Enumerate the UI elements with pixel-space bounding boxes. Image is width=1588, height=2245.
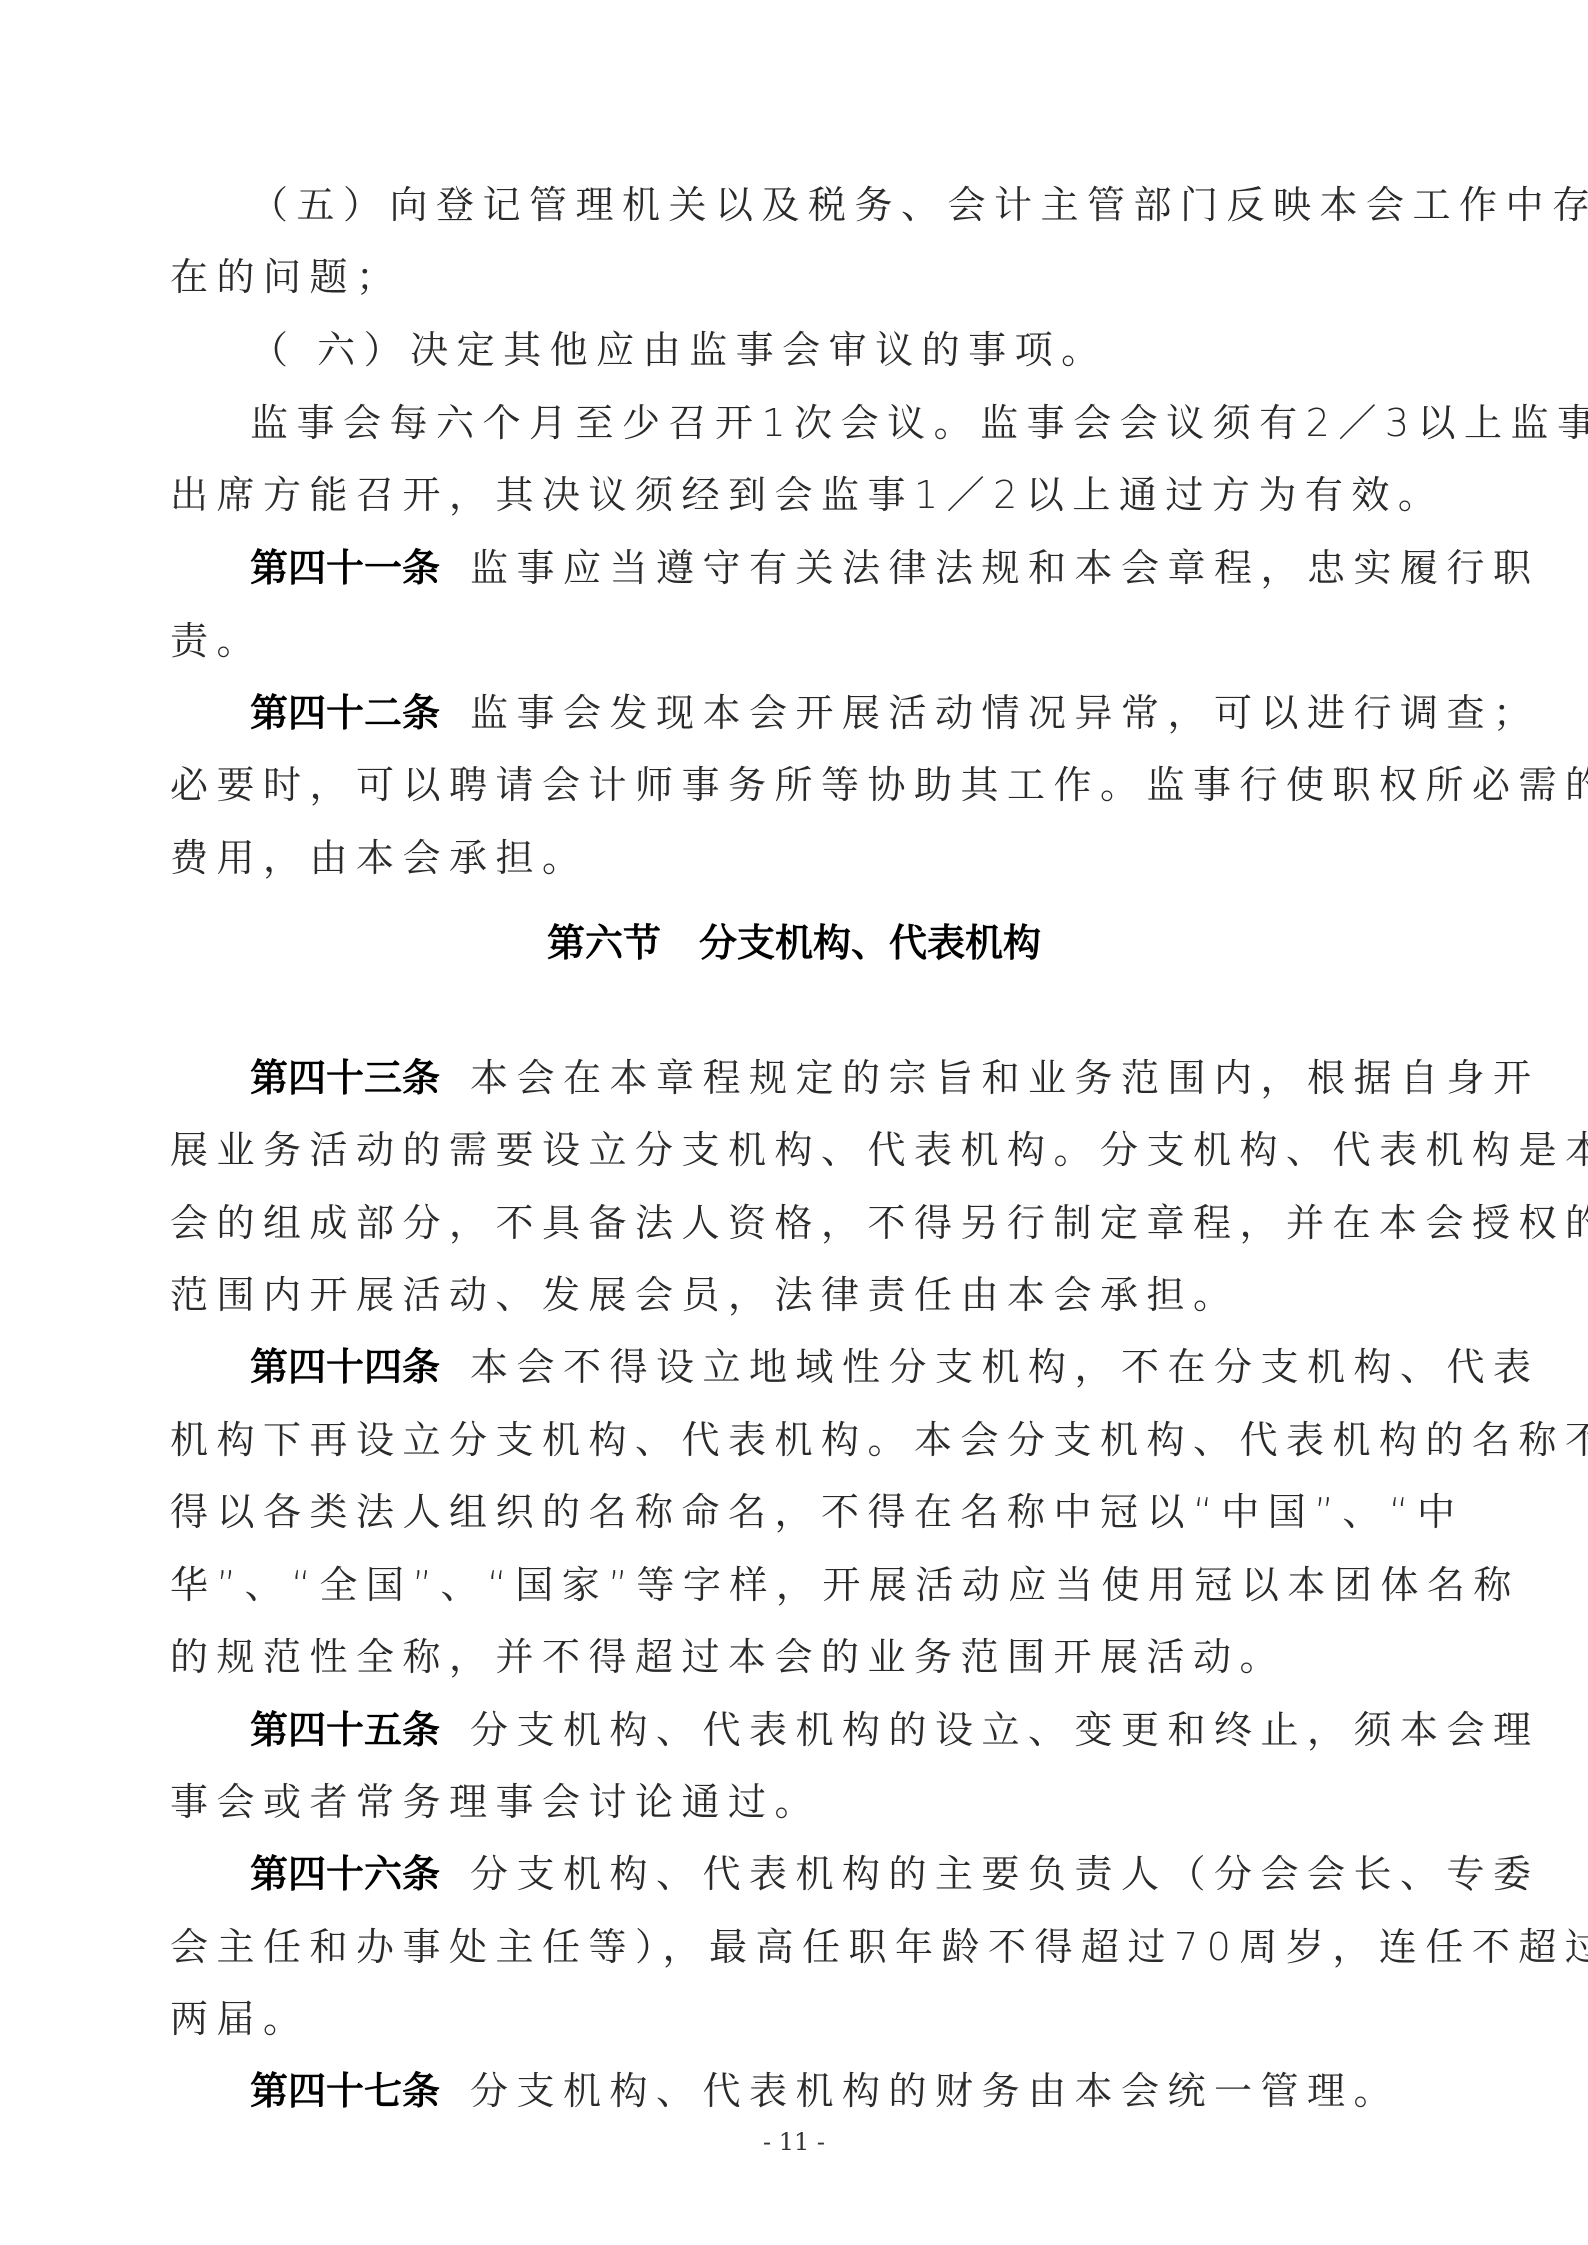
line-text: （五）向登记管理机关以及税务、会计主管部门反映本会工作中存 [250,183,1588,227]
paragraph-line: 监事会每六个月至少召开1次会议。监事会会议须有2／3以上监事 [250,398,1510,448]
document-page: （五）向登记管理机关以及税务、会计主管部门反映本会工作中存 在的问题； （ 六）… [0,0,1588,2245]
line-text: 分支机构、代表机构的财务由本会统一管理。 [470,2069,1400,2113]
paragraph-line: 责。 [170,616,1430,666]
section-title: 第六节 分支机构、代表机构 [0,918,1588,968]
article-43: 第四十三条本会在本章程规定的宗旨和业务范围内，根据自身开 [250,1053,1510,1103]
line-text: 两届。 [170,1997,310,2041]
line-text: 责。 [170,619,263,663]
line-text: 会主任和办事处主任等），最高任职年龄不得超过70周岁，连任不超过 [170,1925,1588,1969]
line-text: 的规范性全称，并不得超过本会的业务范围开展活动。 [170,1635,1286,1679]
paragraph-line: 机构下再设立分支机构、代表机构。本会分支机构、代表机构的名称不 [170,1415,1430,1465]
line-text: 范围内开展活动、发展会员，法律责任由本会承担。 [170,1273,1240,1317]
paragraph-line: 事会或者常务理事会讨论通过。 [170,1777,1430,1827]
article-46: 第四十六条分支机构、代表机构的主要负责人（分会会长、专委 [250,1849,1510,1899]
line-text: 出席方能召开，其决议须经到会监事1／2以上通过方为有效。 [170,473,1444,517]
paragraph-line: 在的问题； [170,252,1430,302]
paragraph-line: 的规范性全称，并不得超过本会的业务范围开展活动。 [170,1632,1430,1682]
paragraph-line: 会主任和办事处主任等），最高任职年龄不得超过70周岁，连任不超过 [170,1922,1430,1972]
line-text: 在的问题； [170,255,403,299]
paragraph-line: 两届。 [170,1994,1430,2044]
line-text: 分支机构、代表机构的主要负责人（分会会长、专委 [470,1852,1540,1896]
line-text: 展业务活动的需要设立分支机构、代表机构。分支机构、代表机构是本 [170,1128,1588,1172]
article-47: 第四十七条分支机构、代表机构的财务由本会统一管理。 [250,2066,1510,2116]
article-41: 第四十一条监事应当遵守有关法律法规和本会章程，忠实履行职 [250,543,1510,593]
line-text: （ 六）决定其他应由监事会审议的事项。 [250,328,1108,372]
page-number: - 11 - [0,2128,1588,2156]
paragraph-line: （五）向登记管理机关以及税务、会计主管部门反映本会工作中存 [250,180,1510,230]
line-text: 监事会每六个月至少召开1次会议。监事会会议须有2／3以上监事 [250,401,1588,445]
paragraph-line: 展业务活动的需要设立分支机构、代表机构。分支机构、代表机构是本 [170,1125,1430,1175]
article-number: 第四十一条 [250,546,440,590]
line-text: 得以各类法人组织的名称命名，不得在名称中冠以“中国”、“中 [170,1490,1464,1534]
paragraph-line: 得以各类法人组织的名称命名，不得在名称中冠以“中国”、“中 [170,1487,1430,1537]
article-number: 第四十二条 [250,691,440,735]
line-text: 会的组成部分，不具备法人资格，不得另行制定章程，并在本会授权的 [170,1201,1588,1245]
paragraph-line: （ 六）决定其他应由监事会审议的事项。 [250,325,1510,375]
line-text: 监事会发现本会开展活动情况异常，可以进行调查； [470,691,1540,735]
line-text: 事会或者常务理事会讨论通过。 [170,1780,821,1824]
line-text: 机构下再设立分支机构、代表机构。本会分支机构、代表机构的名称不 [170,1418,1588,1462]
paragraph-line: 必要时，可以聘请会计师事务所等协助其工作。监事行使职权所必需的 [170,760,1430,810]
paragraph-line: 范围内开展活动、发展会员，法律责任由本会承担。 [170,1270,1430,1320]
article-45: 第四十五条分支机构、代表机构的设立、变更和终止，须本会理 [250,1705,1510,1755]
article-number: 第四十五条 [250,1708,440,1752]
line-text: 监事应当遵守有关法律法规和本会章程，忠实履行职 [470,546,1540,590]
article-number: 第四十七条 [250,2069,440,2113]
article-44: 第四十四条本会不得设立地域性分支机构，不在分支机构、代表 [250,1342,1510,1392]
article-42: 第四十二条监事会发现本会开展活动情况异常，可以进行调查； [250,688,1510,738]
line-text: 华”、“全国”、“国家”等字样，开展活动应当使用冠以本团体名称 [170,1563,1520,1607]
article-number: 第四十六条 [250,1852,440,1896]
article-number: 第四十三条 [250,1056,440,1100]
line-text: 本会不得设立地域性分支机构，不在分支机构、代表 [470,1345,1540,1389]
line-text: 费用，由本会承担。 [170,836,589,880]
line-text: 本会在本章程规定的宗旨和业务范围内，根据自身开 [470,1056,1540,1100]
line-text: 分支机构、代表机构的设立、变更和终止，须本会理 [470,1708,1540,1752]
paragraph-line: 费用，由本会承担。 [170,833,1430,883]
paragraph-line: 华”、“全国”、“国家”等字样，开展活动应当使用冠以本团体名称 [170,1560,1430,1610]
paragraph-line: 出席方能召开，其决议须经到会监事1／2以上通过方为有效。 [170,470,1430,520]
line-text: 必要时，可以聘请会计师事务所等协助其工作。监事行使职权所必需的 [170,763,1588,807]
article-number: 第四十四条 [250,1345,440,1389]
paragraph-line: 会的组成部分，不具备法人资格，不得另行制定章程，并在本会授权的 [170,1198,1430,1248]
